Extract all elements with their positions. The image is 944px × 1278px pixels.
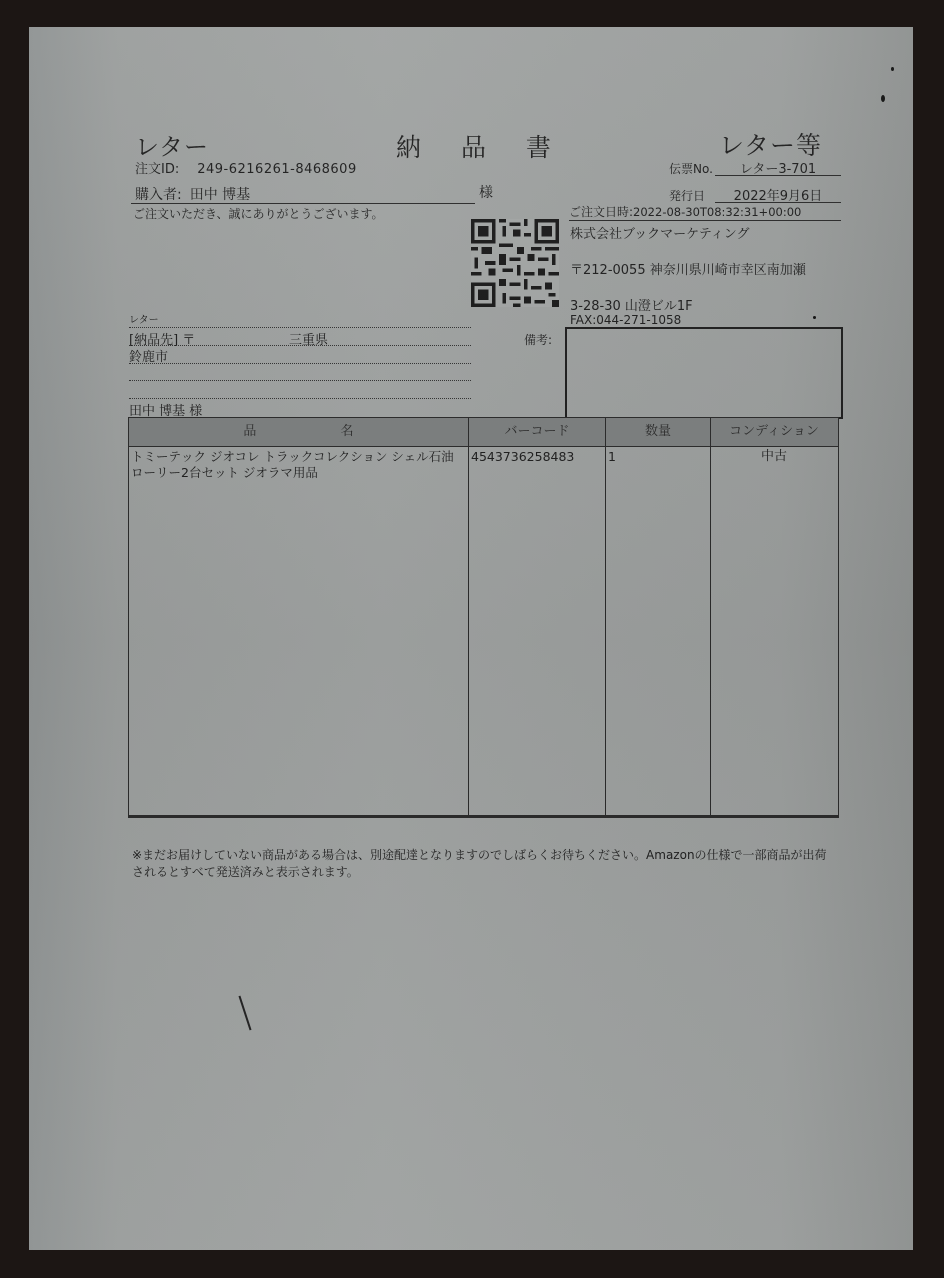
footnote: ※まだお届けしていない商品がある場合は、別途配達となりますのでしばらくお待ちくだ… (132, 847, 837, 881)
cell-quantity: 1 (608, 449, 708, 465)
seller-company: 株式会社ブックマーケティング (570, 223, 750, 242)
issue-date-value: 2022年9月6日 (715, 185, 841, 203)
seller-address-line1: 〒212-0055 神奈川県川崎市幸区南加瀬 (570, 259, 806, 278)
brand-right: レター等 (719, 126, 822, 162)
ink-spot (881, 95, 885, 102)
seller-address-line2: 3-28-30 山澄ビル1F (570, 295, 693, 314)
header-item-name: 品 名 (129, 418, 468, 446)
dotted-divider (129, 398, 471, 399)
thanks-message: ご注文いただき、誠にありがとうございます。 (133, 205, 384, 222)
order-id: 注文ID:249-6216261-8468609 (135, 158, 357, 177)
column-item-name: 品 名 トミーテック ジオコレ トラックコレクション シェル石油ローリー2台セッ… (129, 418, 469, 815)
delivery-slip-paper: レター 納 品 書 レター等 注文ID:249-6216261-8468609 … (29, 27, 913, 1250)
buyer-field: 購入者:田中 博基 (131, 184, 475, 204)
dotted-divider (129, 363, 471, 364)
order-datetime: ご注文日時:2022-08-30T08:32:31+00:00 (569, 203, 841, 221)
dotted-divider (129, 327, 471, 328)
qr-code-icon (470, 219, 560, 307)
header-condition: コンディション (711, 418, 837, 446)
column-quantity: 数量 1 (606, 418, 711, 815)
notes-box (565, 327, 843, 419)
issue-date-label: 発行日 (669, 187, 705, 204)
cell-item-name: トミーテック ジオコレ トラックコレクション シェル石油ローリー2台セット ジオ… (131, 449, 466, 481)
dotted-divider (129, 345, 471, 346)
ink-spot (813, 316, 816, 319)
shipping-method: レター (129, 311, 159, 326)
order-id-label: 注文ID: (135, 162, 179, 177)
dotted-divider (129, 380, 471, 381)
seller-fax: FAX:044-271-1058 (570, 313, 681, 327)
column-barcode: バーコード 4543736258483 (469, 418, 606, 815)
buyer-honorific: 様 (479, 182, 493, 202)
pen-mark (238, 996, 251, 1031)
ink-spot (891, 67, 894, 71)
slip-no-value: レター3-701 (715, 158, 841, 176)
buyer-name: 田中 博基 (190, 187, 250, 203)
column-condition: コンディション 中古 (711, 418, 837, 815)
order-datetime-label: ご注文日時: (569, 205, 633, 219)
brand-left: レター (135, 127, 209, 162)
document-title: 納 品 書 (396, 128, 567, 164)
order-id-value: 249-6216261-8468609 (197, 162, 357, 177)
cell-condition: 中古 (713, 449, 835, 465)
items-table: 品 名 トミーテック ジオコレ トラックコレクション シェル石油ローリー2台セッ… (128, 417, 839, 818)
slip-no-label: 伝票No. (669, 160, 713, 177)
buyer-label: 購入者: (135, 187, 182, 203)
order-datetime-value: 2022-08-30T08:32:31+00:00 (633, 205, 801, 219)
header-barcode: バーコード (469, 418, 605, 446)
notes-label: 備考: (524, 331, 552, 348)
cell-barcode: 4543736258483 (471, 449, 603, 465)
header-quantity: 数量 (606, 418, 710, 446)
